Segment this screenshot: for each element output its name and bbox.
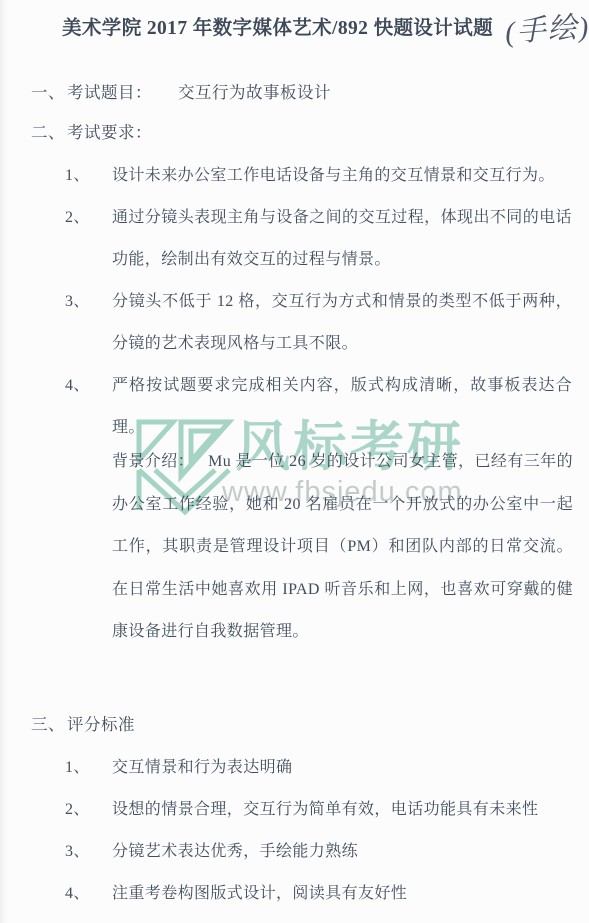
item-number: 2、 bbox=[65, 197, 112, 281]
item-number: 3、 bbox=[65, 281, 112, 365]
item-number: 1、 bbox=[65, 155, 112, 197]
section-label: 考试要求： bbox=[67, 123, 152, 142]
requirements-list: 1、 设计未来办公室工作电话设备与主角的交互情景和交互行为。 2、 通过分镜头表… bbox=[65, 155, 572, 449]
item-number: 3、 bbox=[65, 831, 112, 873]
section-number: 一、 bbox=[31, 72, 67, 114]
item-text: 分镜头不低于 12 格，交互行为方式和情景的类型不低于两种，分镜的艺术表现风格与… bbox=[112, 281, 572, 365]
list-item: 4、 注重考卷构图版式设计，阅读具有友好性 bbox=[65, 873, 572, 915]
list-item: 2、 通过分镜头表现主角与设备之间的交互过程，体现出不同的电话功能，绘制出有效交… bbox=[65, 197, 572, 281]
document-page: 风标考研 www.fbsjedu.com 美术学院 2017 年数字媒体艺术/8… bbox=[0, 0, 589, 923]
list-item: 4、 严格按试题要求完成相关内容，版式构成清晰，故事板表达合理。 bbox=[65, 365, 572, 449]
list-item: 3、 分镜艺术表达优秀，手绘能力熟练 bbox=[65, 831, 572, 873]
item-text: 设计未来办公室工作电话设备与主角的交互情景和交互行为。 bbox=[112, 155, 572, 197]
item-text: 注重考卷构图版式设计，阅读具有友好性 bbox=[112, 873, 572, 915]
criteria-list: 1、 交互情景和行为表达明确 2、 设想的情景合理，交互行为简单有效，电话功能具… bbox=[65, 747, 572, 915]
item-number: 2、 bbox=[65, 789, 112, 831]
section-number: 三、 bbox=[31, 704, 67, 746]
title-row: 美术学院 2017 年数字媒体艺术/892 快题设计试题 (手绘) bbox=[62, 8, 587, 51]
list-item: 1、 交互情景和行为表达明确 bbox=[65, 747, 572, 789]
item-number: 4、 bbox=[65, 365, 112, 449]
item-text: 分镜艺术表达优秀，手绘能力熟练 bbox=[112, 831, 572, 873]
item-text: 严格按试题要求完成相关内容，版式构成清晰，故事板表达合理。 bbox=[112, 365, 572, 449]
page-title: 美术学院 2017 年数字媒体艺术/892 快题设计试题 bbox=[62, 18, 493, 39]
list-item: 1、 设计未来办公室工作电话设备与主角的交互情景和交互行为。 bbox=[65, 155, 572, 197]
background-text: Mu 是一位 26 岁的设计公司女主管，已经有三年的办公室工作经验，她和 20 … bbox=[112, 453, 573, 640]
item-number: 4、 bbox=[65, 873, 112, 915]
item-number: 1、 bbox=[65, 747, 112, 789]
section-number: 二、 bbox=[31, 112, 67, 154]
section-grading-criteria: 三、评分标准 bbox=[31, 704, 579, 746]
background-paragraph: 背景介绍：Mu 是一位 26 岁的设计公司女主管，已经有三年的办公室工作经验，她… bbox=[112, 441, 573, 654]
item-text: 通过分镜头表现主角与设备之间的交互过程，体现出不同的电话功能，绘制出有效交互的过… bbox=[112, 197, 572, 281]
list-item: 2、 设想的情景合理，交互行为简单有效，电话功能具有未来性 bbox=[65, 789, 572, 831]
section-exam-requirements: 二、考试要求： bbox=[31, 112, 579, 154]
list-item: 3、 分镜头不低于 12 格，交互行为方式和情景的类型不低于两种，分镜的艺术表现… bbox=[65, 281, 572, 365]
background-label: 背景介绍： bbox=[112, 453, 194, 470]
item-text: 交互情景和行为表达明确 bbox=[112, 747, 572, 789]
section-exam-topic: 一、考试题目：交互行为故事板设计 bbox=[31, 72, 579, 114]
section-label: 考试题目： bbox=[67, 83, 152, 102]
handwritten-annotation: (手绘) bbox=[504, 6, 589, 54]
section-value: 交互行为故事板设计 bbox=[178, 83, 331, 102]
section-label: 评分标准 bbox=[67, 715, 135, 734]
item-text: 设想的情景合理，交互行为简单有效，电话功能具有未来性 bbox=[112, 789, 572, 831]
